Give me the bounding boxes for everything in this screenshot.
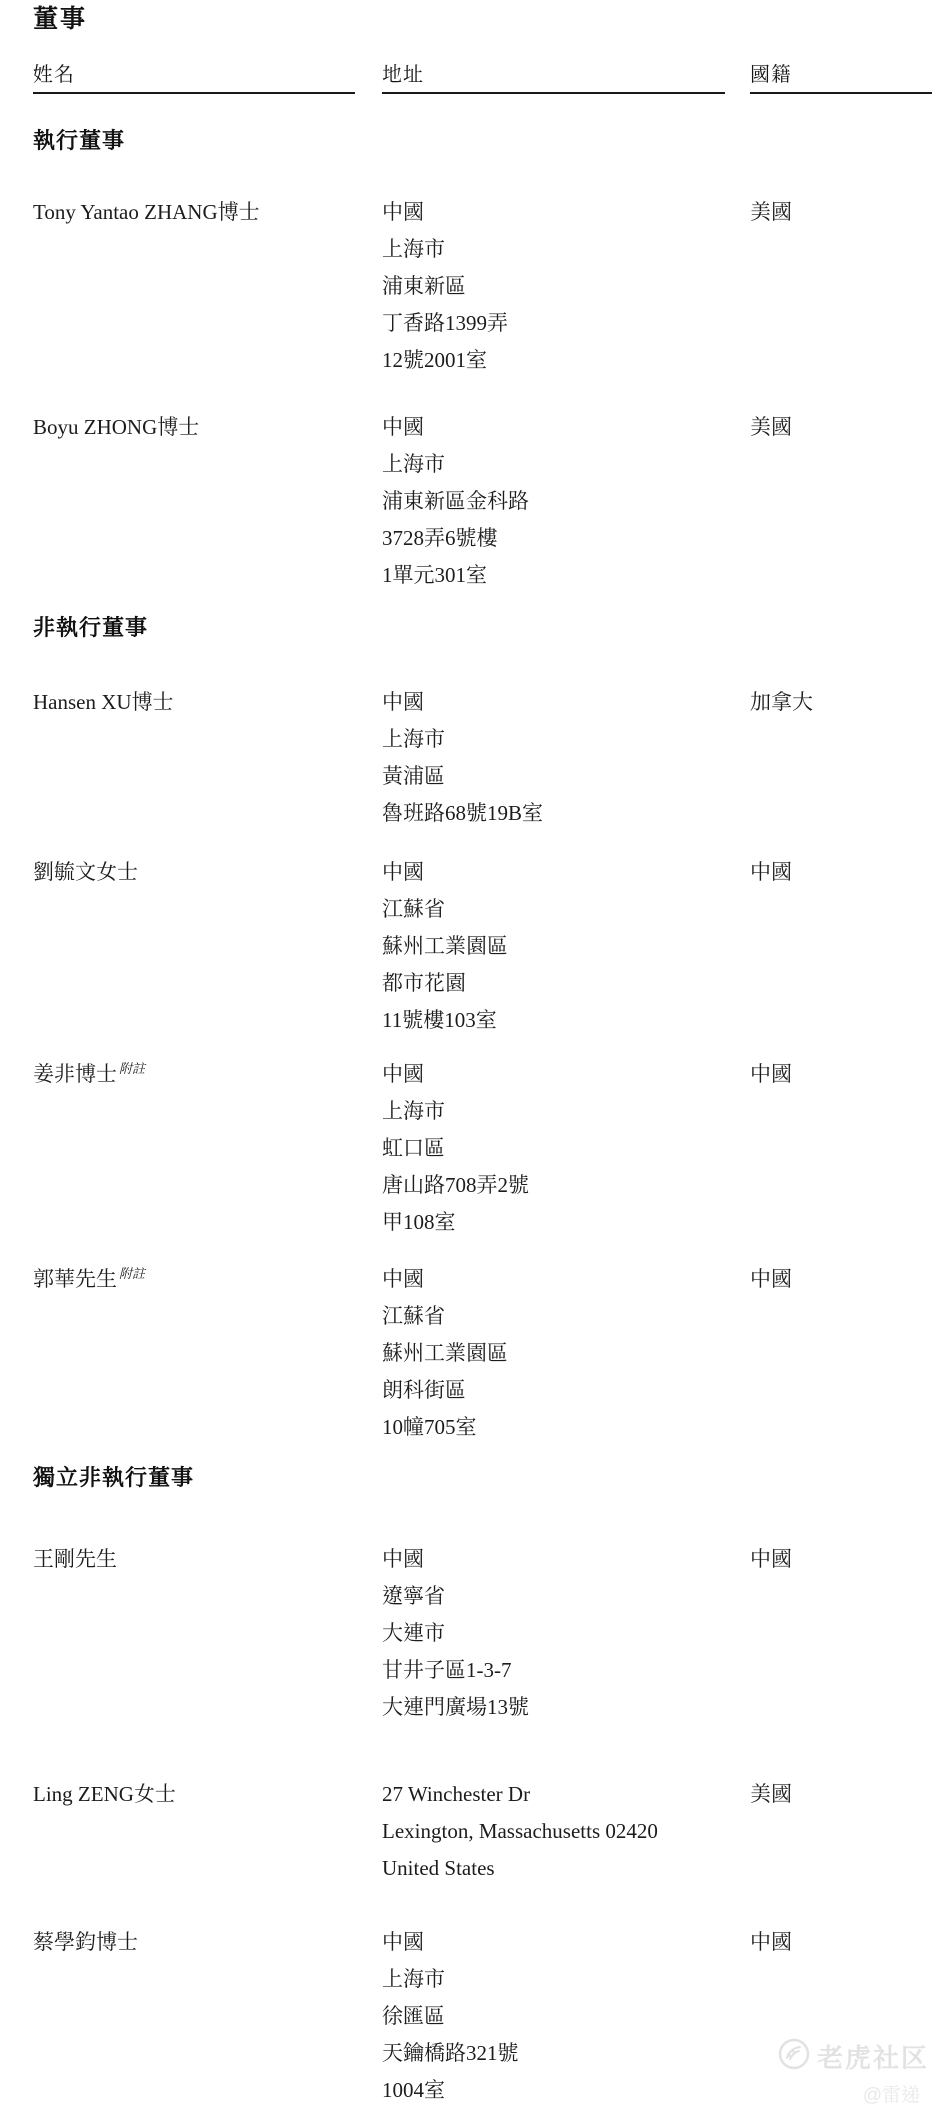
address-line: 上海市 xyxy=(382,1093,742,1130)
director-name: 劉毓文女士 xyxy=(33,854,378,891)
address-line: United States xyxy=(382,1850,742,1887)
director-address: 中國上海市徐匯區天鑰橋路321號1004室 xyxy=(382,1924,742,2109)
director-address: 27 Winchester DrLexington, Massachusetts… xyxy=(382,1776,742,1887)
address-line: 上海市 xyxy=(382,721,742,758)
address-line: 徐匯區 xyxy=(382,1998,742,2035)
director-name-text: Boyu ZHONG博士 xyxy=(33,415,199,439)
address-line: 中國 xyxy=(382,409,742,446)
director-address: 中國江蘇省蘇州工業園區都市花園11號樓103室 xyxy=(382,854,742,1039)
watermark-brand-row: 老虎社区 xyxy=(778,2038,932,2075)
director-nationality: 中國 xyxy=(750,1056,932,1093)
director-address: 中國上海市黃浦區魯班路68號19B室 xyxy=(382,684,742,832)
address-line: 上海市 xyxy=(382,231,742,268)
director-name: 姜非博士附註 xyxy=(33,1056,378,1093)
director-name-text: Ling ZENG女士 xyxy=(33,1782,176,1806)
address-line: 3728弄6號樓 xyxy=(382,520,742,557)
director-address: 中國上海市浦東新區金科路3728弄6號樓1單元301室 xyxy=(382,409,742,594)
watermark-handle-text: @雷递 xyxy=(863,2080,920,2107)
footnote-marker: 附註 xyxy=(119,1061,145,1076)
director-nationality: 中國 xyxy=(750,1541,932,1578)
section-heading: 非執行董事 xyxy=(33,613,148,643)
watermark: 老虎社区 @雷递 xyxy=(778,2038,932,2108)
address-line: 虹口區 xyxy=(382,1130,742,1167)
tiger-logo-icon xyxy=(778,2038,810,2075)
director-name-text: 蔡學鈞博士 xyxy=(33,1930,138,1954)
column-header-address: 地址 xyxy=(382,62,725,94)
director-name-text: 劉毓文女士 xyxy=(33,860,138,884)
address-line: 朗科街區 xyxy=(382,1372,742,1409)
address-line: 江蘇省 xyxy=(382,1298,742,1335)
address-line: 遼寧省 xyxy=(382,1578,742,1615)
address-line: 蘇州工業園區 xyxy=(382,928,742,965)
column-header-address-label: 地址 xyxy=(382,64,424,86)
page-title: 董事 xyxy=(33,4,87,34)
address-line: 中國 xyxy=(382,1541,742,1578)
address-line: 中國 xyxy=(382,1056,742,1093)
address-line: 大連市 xyxy=(382,1615,742,1652)
column-header-name: 姓名 xyxy=(33,62,355,94)
address-line: 中國 xyxy=(382,854,742,891)
address-line: 上海市 xyxy=(382,446,742,483)
director-address: 中國上海市虹口區唐山路708弄2號甲108室 xyxy=(382,1056,742,1241)
director-nationality: 加拿大 xyxy=(750,684,932,721)
director-name: Hansen XU博士 xyxy=(33,684,378,721)
address-line: 1004室 xyxy=(382,2072,742,2109)
director-nationality: 中國 xyxy=(750,854,932,891)
director-name: Boyu ZHONG博士 xyxy=(33,409,378,446)
director-nationality: 中國 xyxy=(750,1924,932,1961)
address-line: 11號樓103室 xyxy=(382,1002,742,1039)
address-line: 浦東新區 xyxy=(382,268,742,305)
director-nationality: 美國 xyxy=(750,194,932,231)
address-line: 上海市 xyxy=(382,1961,742,1998)
prospectus-directors-page: 董事 姓名 地址 國籍 執行董事Tony Yantao ZHANG博士中國上海市… xyxy=(0,0,932,2112)
director-name: Ling ZENG女士 xyxy=(33,1776,378,1813)
director-name-text: Tony Yantao ZHANG博士 xyxy=(33,200,260,224)
address-line: 唐山路708弄2號 xyxy=(382,1167,742,1204)
director-nationality: 美國 xyxy=(750,1776,932,1813)
director-name-text: Hansen XU博士 xyxy=(33,690,174,714)
address-line: 甲108室 xyxy=(382,1204,742,1241)
director-address: 中國江蘇省蘇州工業園區朗科街區10幢705室 xyxy=(382,1261,742,1446)
address-line: 中國 xyxy=(382,194,742,231)
column-header-nationality: 國籍 xyxy=(750,62,932,94)
address-line: 大連門廣場13號 xyxy=(382,1689,742,1726)
director-name: 郭華先生附註 xyxy=(33,1261,378,1298)
column-header-name-label: 姓名 xyxy=(33,64,75,86)
director-name-text: 郭華先生 xyxy=(33,1267,117,1291)
director-nationality: 美國 xyxy=(750,409,932,446)
watermark-brand-text: 老虎社区 xyxy=(817,2038,929,2075)
director-address: 中國遼寧省大連市甘井子區1-3-7大連門廣場13號 xyxy=(382,1541,742,1726)
address-line: 浦東新區金科路 xyxy=(382,483,742,520)
director-address: 中國上海市浦東新區丁香路1399弄12號2001室 xyxy=(382,194,742,379)
address-line: 中國 xyxy=(382,684,742,721)
address-line: 黃浦區 xyxy=(382,758,742,795)
footnote-marker: 附註 xyxy=(119,1266,145,1281)
director-nationality: 中國 xyxy=(750,1261,932,1298)
director-name-text: 姜非博士 xyxy=(33,1062,117,1086)
address-line: 12號2001室 xyxy=(382,342,742,379)
director-name-text: 王剛先生 xyxy=(33,1547,117,1571)
section-heading: 獨立非執行董事 xyxy=(33,1463,194,1493)
address-line: 丁香路1399弄 xyxy=(382,305,742,342)
address-line: 蘇州工業園區 xyxy=(382,1335,742,1372)
director-name: Tony Yantao ZHANG博士 xyxy=(33,194,378,231)
column-header-nationality-label: 國籍 xyxy=(750,64,792,86)
section-heading: 執行董事 xyxy=(33,126,125,156)
address-line: 1單元301室 xyxy=(382,557,742,594)
address-line: 中國 xyxy=(382,1261,742,1298)
address-line: 江蘇省 xyxy=(382,891,742,928)
address-line: 10幢705室 xyxy=(382,1409,742,1446)
address-line: 天鑰橋路321號 xyxy=(382,2035,742,2072)
director-name: 蔡學鈞博士 xyxy=(33,1924,378,1961)
director-name: 王剛先生 xyxy=(33,1541,378,1578)
address-line: Lexington, Massachusetts 02420 xyxy=(382,1813,742,1850)
address-line: 中國 xyxy=(382,1924,742,1961)
address-line: 魯班路68號19B室 xyxy=(382,795,742,832)
address-line: 甘井子區1-3-7 xyxy=(382,1652,742,1689)
address-line: 都市花園 xyxy=(382,965,742,1002)
address-line: 27 Winchester Dr xyxy=(382,1776,742,1813)
